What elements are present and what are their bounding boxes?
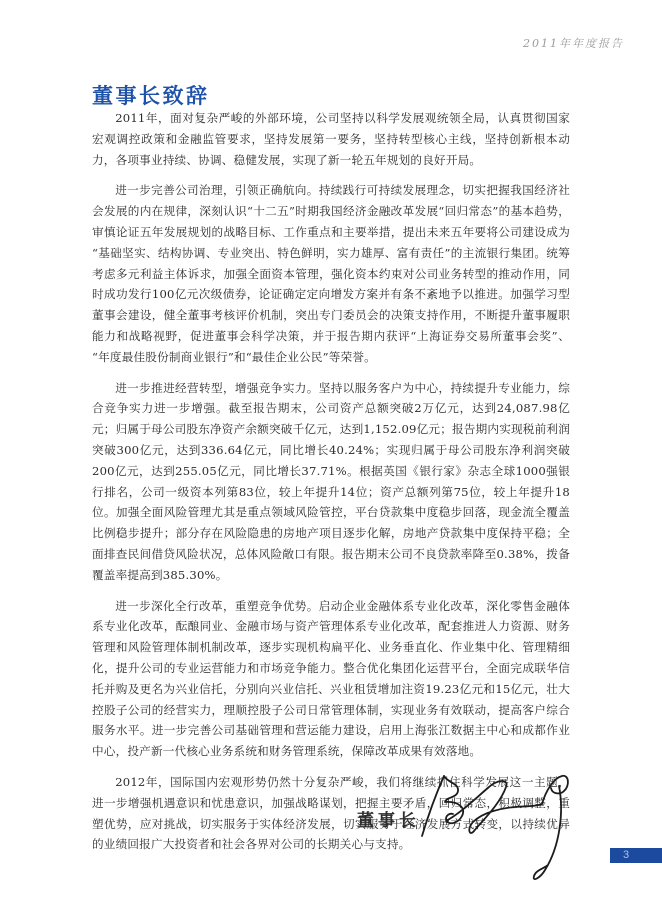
paragraph-reform: 进一步深化全行改革，重塑竞争优势。启动企业金融体系专业化改革，深化零售金融体系专… [92, 596, 570, 762]
chairman-title-label: 董事长 [357, 806, 420, 831]
signature-block: 董事长 [92, 760, 570, 890]
paragraph-governance: 进一步完善公司治理，引领正确航向。持续践行可持续发展理念，切实把握我国经济社会发… [92, 180, 570, 367]
report-year-header: 2011年年度报告 [523, 35, 624, 51]
chairman-signature-icon [415, 762, 575, 890]
page-title: 董事长致辞 [92, 80, 210, 110]
annual-report-page: 2011年年度报告 董事长致辞 2011年，面对复杂严峻的外部环境，公司坚持以科… [0, 0, 662, 898]
paragraph-performance: 进一步推进经营转型，增强竞争实力。坚持以服务客户为中心，持续提升专业能力，综合竞… [92, 378, 570, 586]
paragraph-opening: 2011年，面对复杂严峻的外部环境，公司坚持以科学发展观统领全局，认真贯彻国家宏… [92, 108, 570, 170]
page-number-badge: 3 [610, 848, 662, 863]
chairman-statement-body: 2011年，面对复杂严峻的外部环境，公司坚持以科学发展观统领全局，认真贯彻国家宏… [92, 108, 570, 865]
